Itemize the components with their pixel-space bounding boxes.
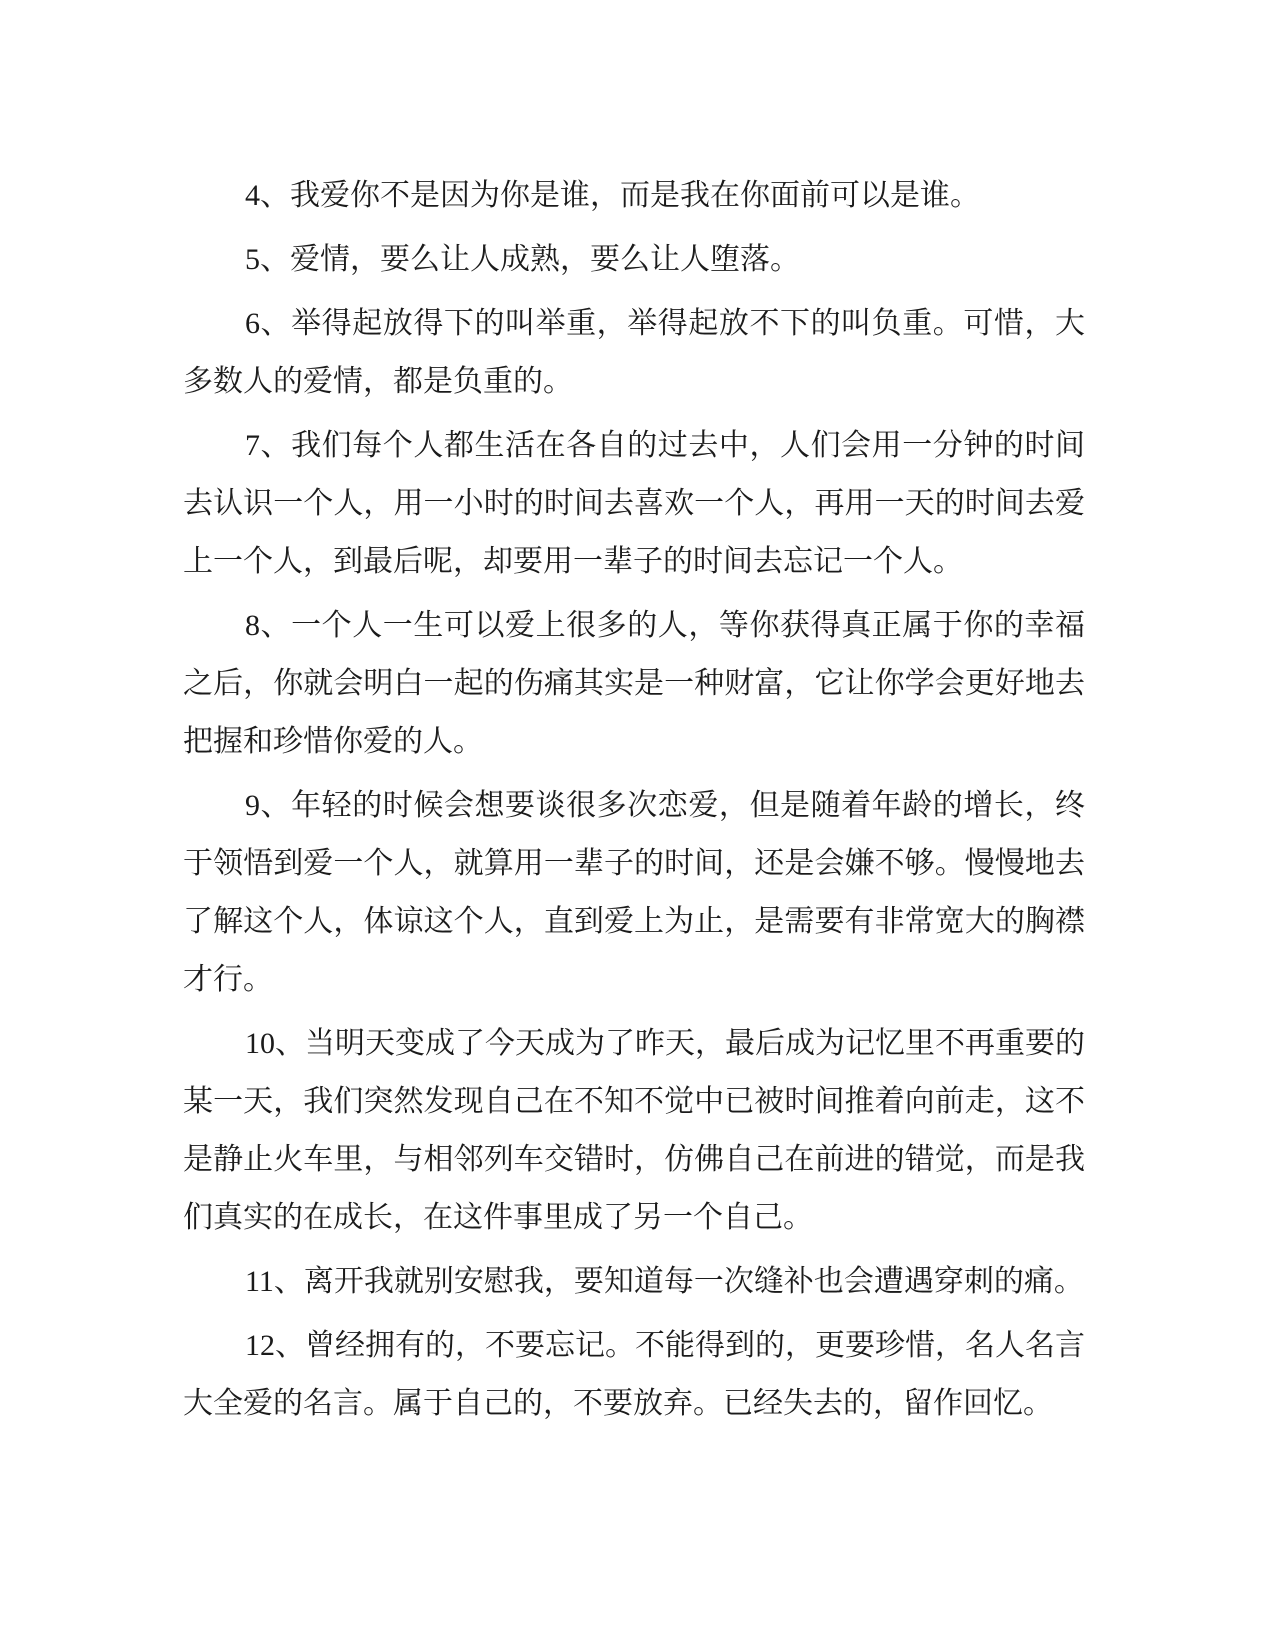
quote-paragraph: 9、年轻的时候会想要谈很多次恋爱，但是随着年龄的增长，终于领悟到爱一个人，就算用… (183, 777, 1085, 1009)
quote-number: 5、 (245, 243, 290, 276)
quote-number: 4、 (245, 179, 290, 212)
quote-number: 9、 (245, 789, 291, 822)
quote-number: 11、 (245, 1265, 304, 1298)
quote-text: 举得起放得下的叫举重，举得起放不下的叫负重。可惜，大多数人的爱情，都是负重的。 (183, 307, 1085, 398)
quote-number: 6、 (245, 307, 291, 340)
quote-paragraph: 6、举得起放得下的叫举重，举得起放不下的叫负重。可惜，大多数人的爱情，都是负重的… (183, 295, 1085, 411)
quote-paragraph: 8、一个人一生可以爱上很多的人，等你获得真正属于你的幸福之后，你就会明白一起的伤… (183, 597, 1085, 771)
quote-paragraph: 12、曾经拥有的，不要忘记。不能得到的，更要珍惜，名人名言大全爱的名言。属于自己… (183, 1317, 1085, 1433)
quote-text: 当明天变成了今天成为了昨天，最后成为记忆里不再重要的某一天，我们突然发现自己在不… (183, 1027, 1085, 1234)
quote-number: 12、 (245, 1329, 305, 1362)
quote-paragraph: 11、离开我就别安慰我，要知道每一次缝补也会遭遇穿刺的痛。 (183, 1253, 1085, 1311)
quote-paragraph: 5、爱情，要么让人成熟，要么让人堕落。 (183, 231, 1085, 289)
quote-paragraph: 4、我爱你不是因为你是谁，而是我在你面前可以是谁。 (183, 167, 1085, 225)
quote-text: 我爱你不是因为你是谁，而是我在你面前可以是谁。 (290, 179, 980, 212)
quote-number: 7、 (245, 429, 291, 462)
quote-text: 曾经拥有的，不要忘记。不能得到的，更要珍惜，名人名言大全爱的名言。属于自己的，不… (183, 1329, 1085, 1420)
quote-paragraph: 7、我们每个人都生活在各自的过去中，人们会用一分钟的时间去认识一个人，用一小时的… (183, 417, 1085, 591)
quote-text: 年轻的时候会想要谈很多次恋爱，但是随着年龄的增长，终于领悟到爱一个人，就算用一辈… (183, 789, 1085, 996)
quote-paragraph: 10、当明天变成了今天成为了昨天，最后成为记忆里不再重要的某一天，我们突然发现自… (183, 1015, 1085, 1247)
quote-number: 8、 (245, 609, 291, 642)
quote-text: 一个人一生可以爱上很多的人，等你获得真正属于你的幸福之后，你就会明白一起的伤痛其… (183, 609, 1085, 758)
quote-text: 爱情，要么让人成熟，要么让人堕落。 (290, 243, 800, 276)
document-page: 4、我爱你不是因为你是谁，而是我在你面前可以是谁。 5、爱情，要么让人成熟，要么… (0, 0, 1275, 1650)
quote-text: 我们每个人都生活在各自的过去中，人们会用一分钟的时间去认识一个人，用一小时的时间… (183, 429, 1085, 578)
quote-number: 10、 (245, 1027, 305, 1060)
quote-text: 离开我就别安慰我，要知道每一次缝补也会遭遇穿刺的痛。 (304, 1265, 1084, 1298)
